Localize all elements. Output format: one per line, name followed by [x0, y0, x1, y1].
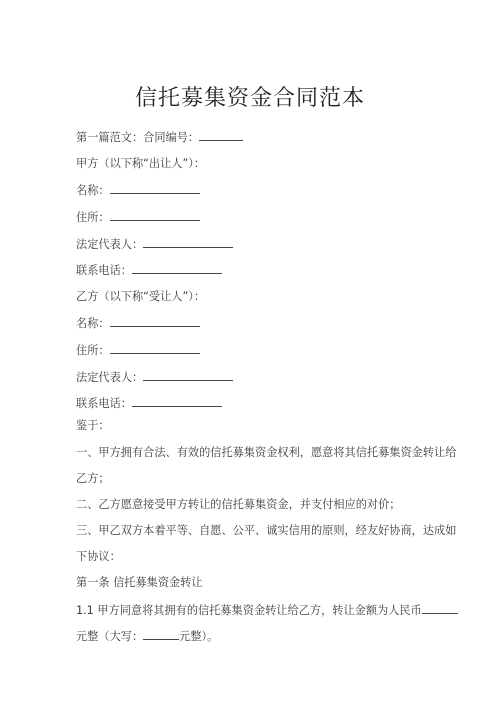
party-a-representative-blank[interactable]: [143, 236, 233, 248]
line-text: 甲方（以下称“出让人”）：: [76, 157, 205, 170]
line-text: 名称：: [76, 184, 110, 197]
party-b-name-line: 名称：: [76, 315, 200, 332]
clause-1-1-line-1: 1.1 甲方同意将其拥有的信托募集资金转让给乙方，转让金额为人民币: [76, 602, 458, 619]
document-page: 信托募集资金合同范本 第一篇范文：合同编号： 甲方（以下称“出让人”）： 名称：…: [0, 0, 500, 707]
party-a-heading: 甲方（以下称“出让人”）：: [76, 156, 205, 172]
line-text: 乙方；: [76, 472, 110, 485]
whereas-heading: 鉴于：: [76, 418, 110, 434]
line-text: 二、乙方愿意接受甲方转让的信托募集资金，并支付相应的对价；: [76, 498, 400, 511]
party-a-address-blank[interactable]: [110, 209, 200, 221]
recital-2: 二、乙方愿意接受甲方转让的信托募集资金，并支付相应的对价；: [76, 497, 400, 513]
party-a-phone-line: 联系电话：: [76, 262, 222, 279]
party-b-phone-blank[interactable]: [132, 395, 222, 407]
line-text: 名称：: [76, 317, 110, 330]
party-a-name-line: 名称：: [76, 182, 200, 199]
line-text: 三、甲乙双方本着平等、自愿、公平、诚实信用的原则，经友好协商，达成如: [76, 524, 456, 537]
party-a-address-line: 住所：: [76, 209, 200, 226]
contract-number-blank[interactable]: [199, 129, 243, 141]
line-text: 一、甲方拥有合法、有效的信托募集资金权利，愿意将其信托募集资金转让给: [76, 446, 456, 459]
line-text: 下协议：: [76, 550, 121, 563]
recital-1-line-2: 乙方；: [76, 471, 110, 487]
contract-number-line: 第一篇范文：合同编号：: [76, 129, 243, 146]
line-text: 第一篇范文：合同编号：: [76, 131, 199, 144]
line-text: 联系电话：: [76, 397, 132, 410]
party-a-representative-line: 法定代表人：: [76, 236, 233, 253]
party-b-representative-line: 法定代表人：: [76, 369, 233, 386]
party-b-representative-blank[interactable]: [143, 369, 233, 381]
document-title: 信托募集资金合同范本: [0, 84, 500, 114]
article-1-heading: 第一条 信托募集资金转让: [76, 575, 203, 591]
line-text: 法定代表人：: [76, 371, 143, 384]
line-text: 联系电话：: [76, 264, 132, 277]
party-b-heading: 乙方（以下称“受让人”）：: [76, 289, 205, 305]
clause-1-1-line-2: 元整（大写：元整）。: [76, 628, 218, 645]
amount-blank[interactable]: [422, 602, 458, 614]
line-text: 乙方（以下称“受让人”）：: [76, 290, 205, 303]
line-text: 法定代表人：: [76, 238, 143, 251]
line-text: 元整（大写：: [76, 630, 143, 643]
line-text: 住所：: [76, 211, 110, 224]
party-b-phone-line: 联系电话：: [76, 395, 222, 412]
line-text: 住所：: [76, 344, 110, 357]
line-text: 鉴于：: [76, 419, 110, 432]
party-b-address-blank[interactable]: [110, 342, 200, 354]
recital-3-line-1: 三、甲乙双方本着平等、自愿、公平、诚实信用的原则，经友好协商，达成如: [76, 523, 456, 539]
amount-in-words-blank[interactable]: [143, 628, 179, 640]
party-a-phone-blank[interactable]: [132, 262, 222, 274]
party-b-name-blank[interactable]: [110, 315, 200, 327]
party-a-name-blank[interactable]: [110, 182, 200, 194]
recital-3-line-2: 下协议：: [76, 549, 121, 565]
recital-1-line-1: 一、甲方拥有合法、有效的信托募集资金权利，愿意将其信托募集资金转让给: [76, 445, 456, 461]
line-text: 第一条 信托募集资金转让: [76, 576, 203, 589]
line-text: 元整）。: [179, 630, 218, 643]
line-text: 1.1 甲方同意将其拥有的信托募集资金转让给乙方，转让金额为人民币: [76, 604, 422, 617]
party-b-address-line: 住所：: [76, 342, 200, 359]
